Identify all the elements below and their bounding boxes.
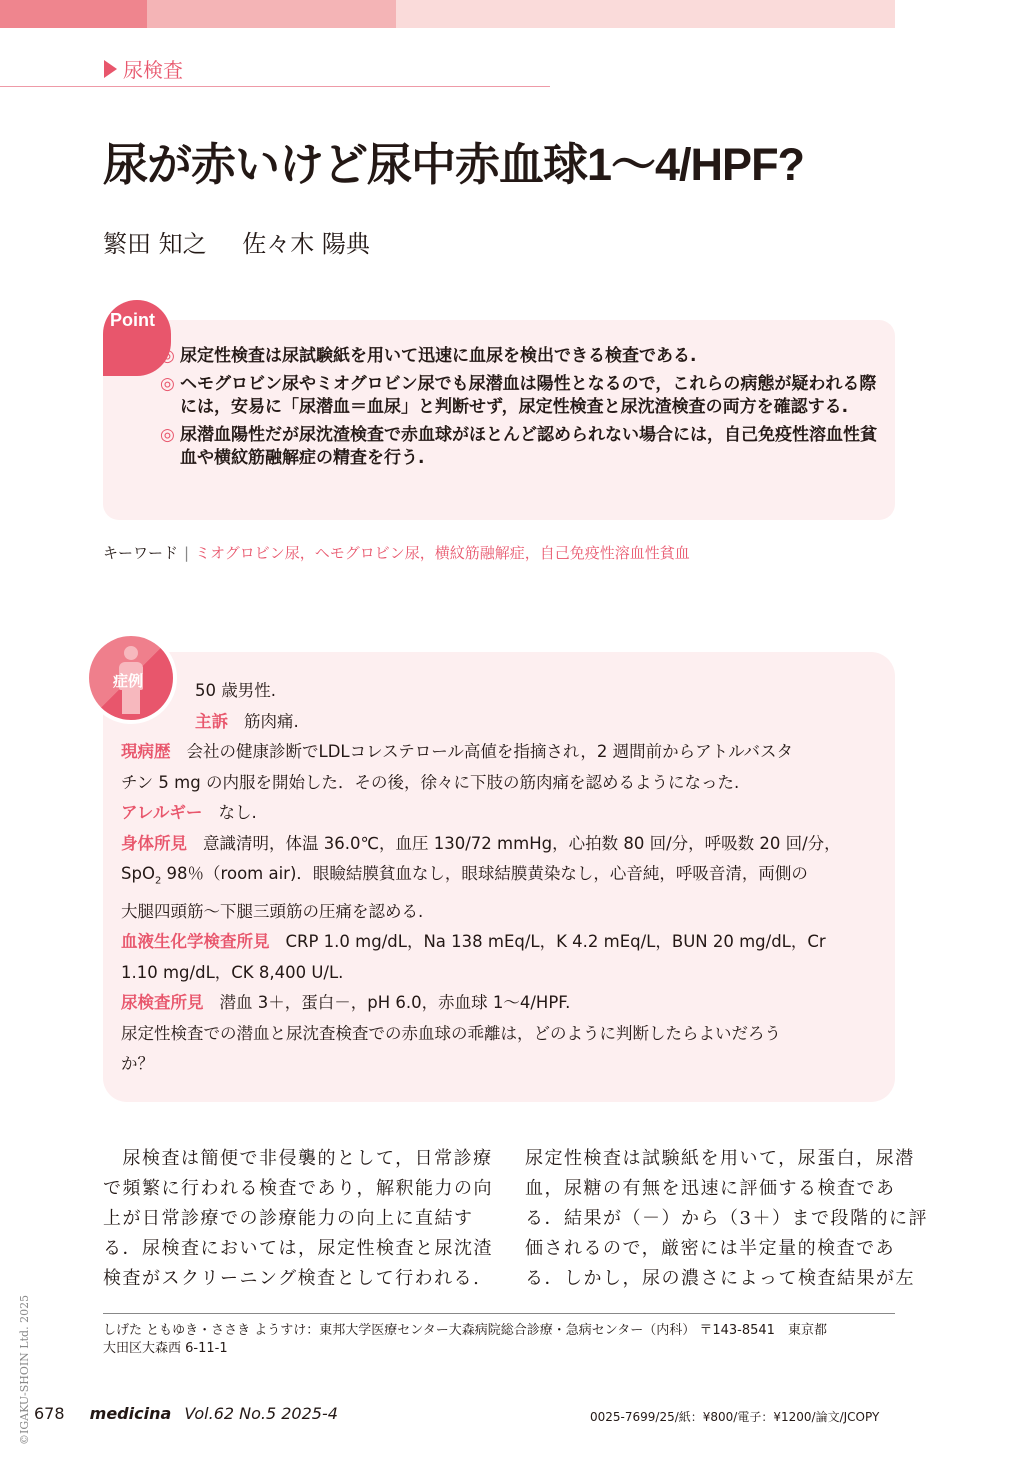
affiliation-line: しげた ともゆき・ささき ようすけ：東邦大学医療センター大森病院総合診療・急病セ… — [103, 1322, 903, 1340]
color-bar-segment — [0, 0, 147, 28]
double-circle-icon: ◎ — [160, 345, 180, 368]
point-item: ◎ 尿潜血陽性だが尿沈渣検査で赤血球がほとんど認められない場合には，自己免疫性溶… — [160, 424, 878, 470]
case-question: 尿定性検査での潜血と尿沈査検査での赤血球の乖離は，どのように判断したらよいだろう — [121, 1019, 881, 1050]
point-list: ◎ 尿定性検査は尿試験紙を用いて迅速に血尿を検出できる検査である. ◎ ヘモグロ… — [160, 345, 878, 475]
physical-exam-cont: 大腿四頭筋〜下腿三頭筋の圧痛を認める. — [121, 897, 881, 928]
body-line: る．結果が（－）から（3＋）まで段階的に評 — [525, 1204, 895, 1234]
blood-findings: 血液生化学検査所見CRP 1.0 mg/dL，Na 138 mEq/L，K 4.… — [121, 927, 881, 958]
point-item: ◎ ヘモグロビン尿やミオグロビン尿でも尿潜血は陽性となるので，これらの病態が疑わ… — [160, 373, 878, 419]
keywords-label: キーワード — [103, 544, 178, 562]
author-list: 繁田 知之 佐々木 陽典 — [103, 224, 370, 259]
chief-complaint: 主訴筋肉痛. — [121, 707, 881, 738]
physical-exam: 身体所見意識清明，体温 36.0℃，血圧 130/72 mmHg，心拍数 80 … — [121, 829, 881, 860]
affiliation-line: 大田区大森西 6-11-1 — [103, 1340, 903, 1358]
body-line: 尿定性検査は試験紙を用いて，尿蛋白，尿潜 — [525, 1144, 895, 1174]
keywords-separator: | — [184, 544, 189, 562]
point-text: 尿潜血陽性だが尿沈渣検査で赤血球がほとんど認められない場合には，自己免疫性溶血性… — [180, 424, 878, 470]
urine-findings: 尿検査所見潜血 3＋，蛋白－，pH 6.0，赤血球 1〜4/HPF. — [121, 988, 881, 1019]
top-color-bar — [0, 0, 895, 28]
body-line: 血，尿糖の有無を迅速に評価する検査であ — [525, 1174, 895, 1204]
case-description: 50 歳男性. 主訴筋肉痛. 現病歴会社の健康診断でLDLコレステロール高値を指… — [121, 676, 881, 1080]
page-number: 678 — [34, 1404, 65, 1423]
journal-volume: Vol.62 No.5 2025-4 — [184, 1404, 338, 1423]
body-column-right: 尿定性検査は試験紙を用いて，尿蛋白，尿潜 血，尿糖の有無を迅速に評価する検査であ… — [525, 1144, 895, 1294]
body-line: 価されるので，厳密には半定量的検査であ — [525, 1234, 895, 1264]
body-line: る．しかし，尿の濃さによって検査結果が左 — [525, 1264, 895, 1294]
double-circle-icon: ◎ — [160, 373, 180, 419]
body-line: で頻繁に行われる検査であり，解釈能力の向 — [103, 1174, 473, 1204]
color-bar-segment — [147, 0, 396, 28]
blood-findings-cont: 1.10 mg/dL，CK 8,400 U/L. — [121, 958, 881, 989]
author-affiliation: しげた ともゆき・ささき ようすけ：東邦大学医療センター大森病院総合診療・急病セ… — [103, 1322, 903, 1358]
article-title: 尿が赤いけど尿中赤血球1〜4/HPF? — [103, 128, 804, 193]
point-item: ◎ 尿定性検査は尿試験紙を用いて迅速に血尿を検出できる検査である. — [160, 345, 878, 368]
section-name: 尿検査 — [123, 54, 183, 83]
page-footer: 678 medicina Vol.62 No.5 2025-4 — [34, 1404, 338, 1423]
price-info: 0025-7699/25/紙：¥800/電子：¥1200/論文/JCOPY — [590, 1408, 879, 1425]
section-divider — [0, 86, 550, 87]
author: 佐々木 陽典 — [242, 230, 370, 258]
present-illness: 現病歴会社の健康診断でLDLコレステロール高値を指摘され，2 週間前からアトルバ… — [121, 737, 881, 768]
body-line: 上が日常診療での診療能力の向上に直結す — [103, 1204, 473, 1234]
case-intro: 50 歳男性. — [121, 676, 881, 707]
author: 繁田 知之 — [103, 230, 207, 258]
point-text: 尿定性検査は尿試験紙を用いて迅速に血尿を検出できる検査である. — [180, 345, 696, 368]
body-column-left: 尿検査は簡便で非侵襲的として，日常診療 で頻繁に行われる検査であり，解釈能力の向… — [103, 1144, 473, 1294]
keywords: キーワード|ミオグロビン尿，ヘモグロビン尿，横紋筋融解症，自己免疫性溶血性貧血 — [103, 542, 690, 563]
footnote-divider — [103, 1313, 895, 1314]
journal-name: medicina — [90, 1404, 172, 1423]
body-line: 尿検査は簡便で非侵襲的として，日常診療 — [103, 1144, 473, 1174]
case-question-cont: か？ — [121, 1049, 881, 1080]
point-label: Point — [110, 310, 155, 331]
double-circle-icon: ◎ — [160, 424, 180, 470]
allergy: アレルギーなし. — [121, 798, 881, 829]
point-text: ヘモグロビン尿やミオグロビン尿でも尿潜血は陽性となるので，これらの病態が疑われる… — [180, 373, 878, 419]
color-bar-segment — [396, 0, 895, 28]
triangle-marker-icon — [104, 60, 117, 78]
present-illness-cont: チン 5 mg の内服を開始した．その後，徐々に下肢の筋肉痛を認めるようになった… — [121, 768, 881, 799]
body-line: 検査がスクリーニング検査として行われる. — [103, 1264, 473, 1294]
physical-exam-cont: SpO2 98％（room air)．眼瞼結膜貧血なし，眼球結膜黄染なし，心音純… — [121, 859, 881, 897]
person-icon — [124, 646, 138, 660]
keywords-text: ミオグロビン尿，ヘモグロビン尿，横紋筋融解症，自己免疫性溶血性貧血 — [195, 544, 690, 562]
body-line: る．尿検査においては，尿定性検査と尿沈渣 — [103, 1234, 473, 1264]
section-label: 尿検査 — [104, 54, 183, 83]
copyright-notice: ©IGAKU-SHOIN Ltd. 2025 — [18, 1295, 31, 1445]
